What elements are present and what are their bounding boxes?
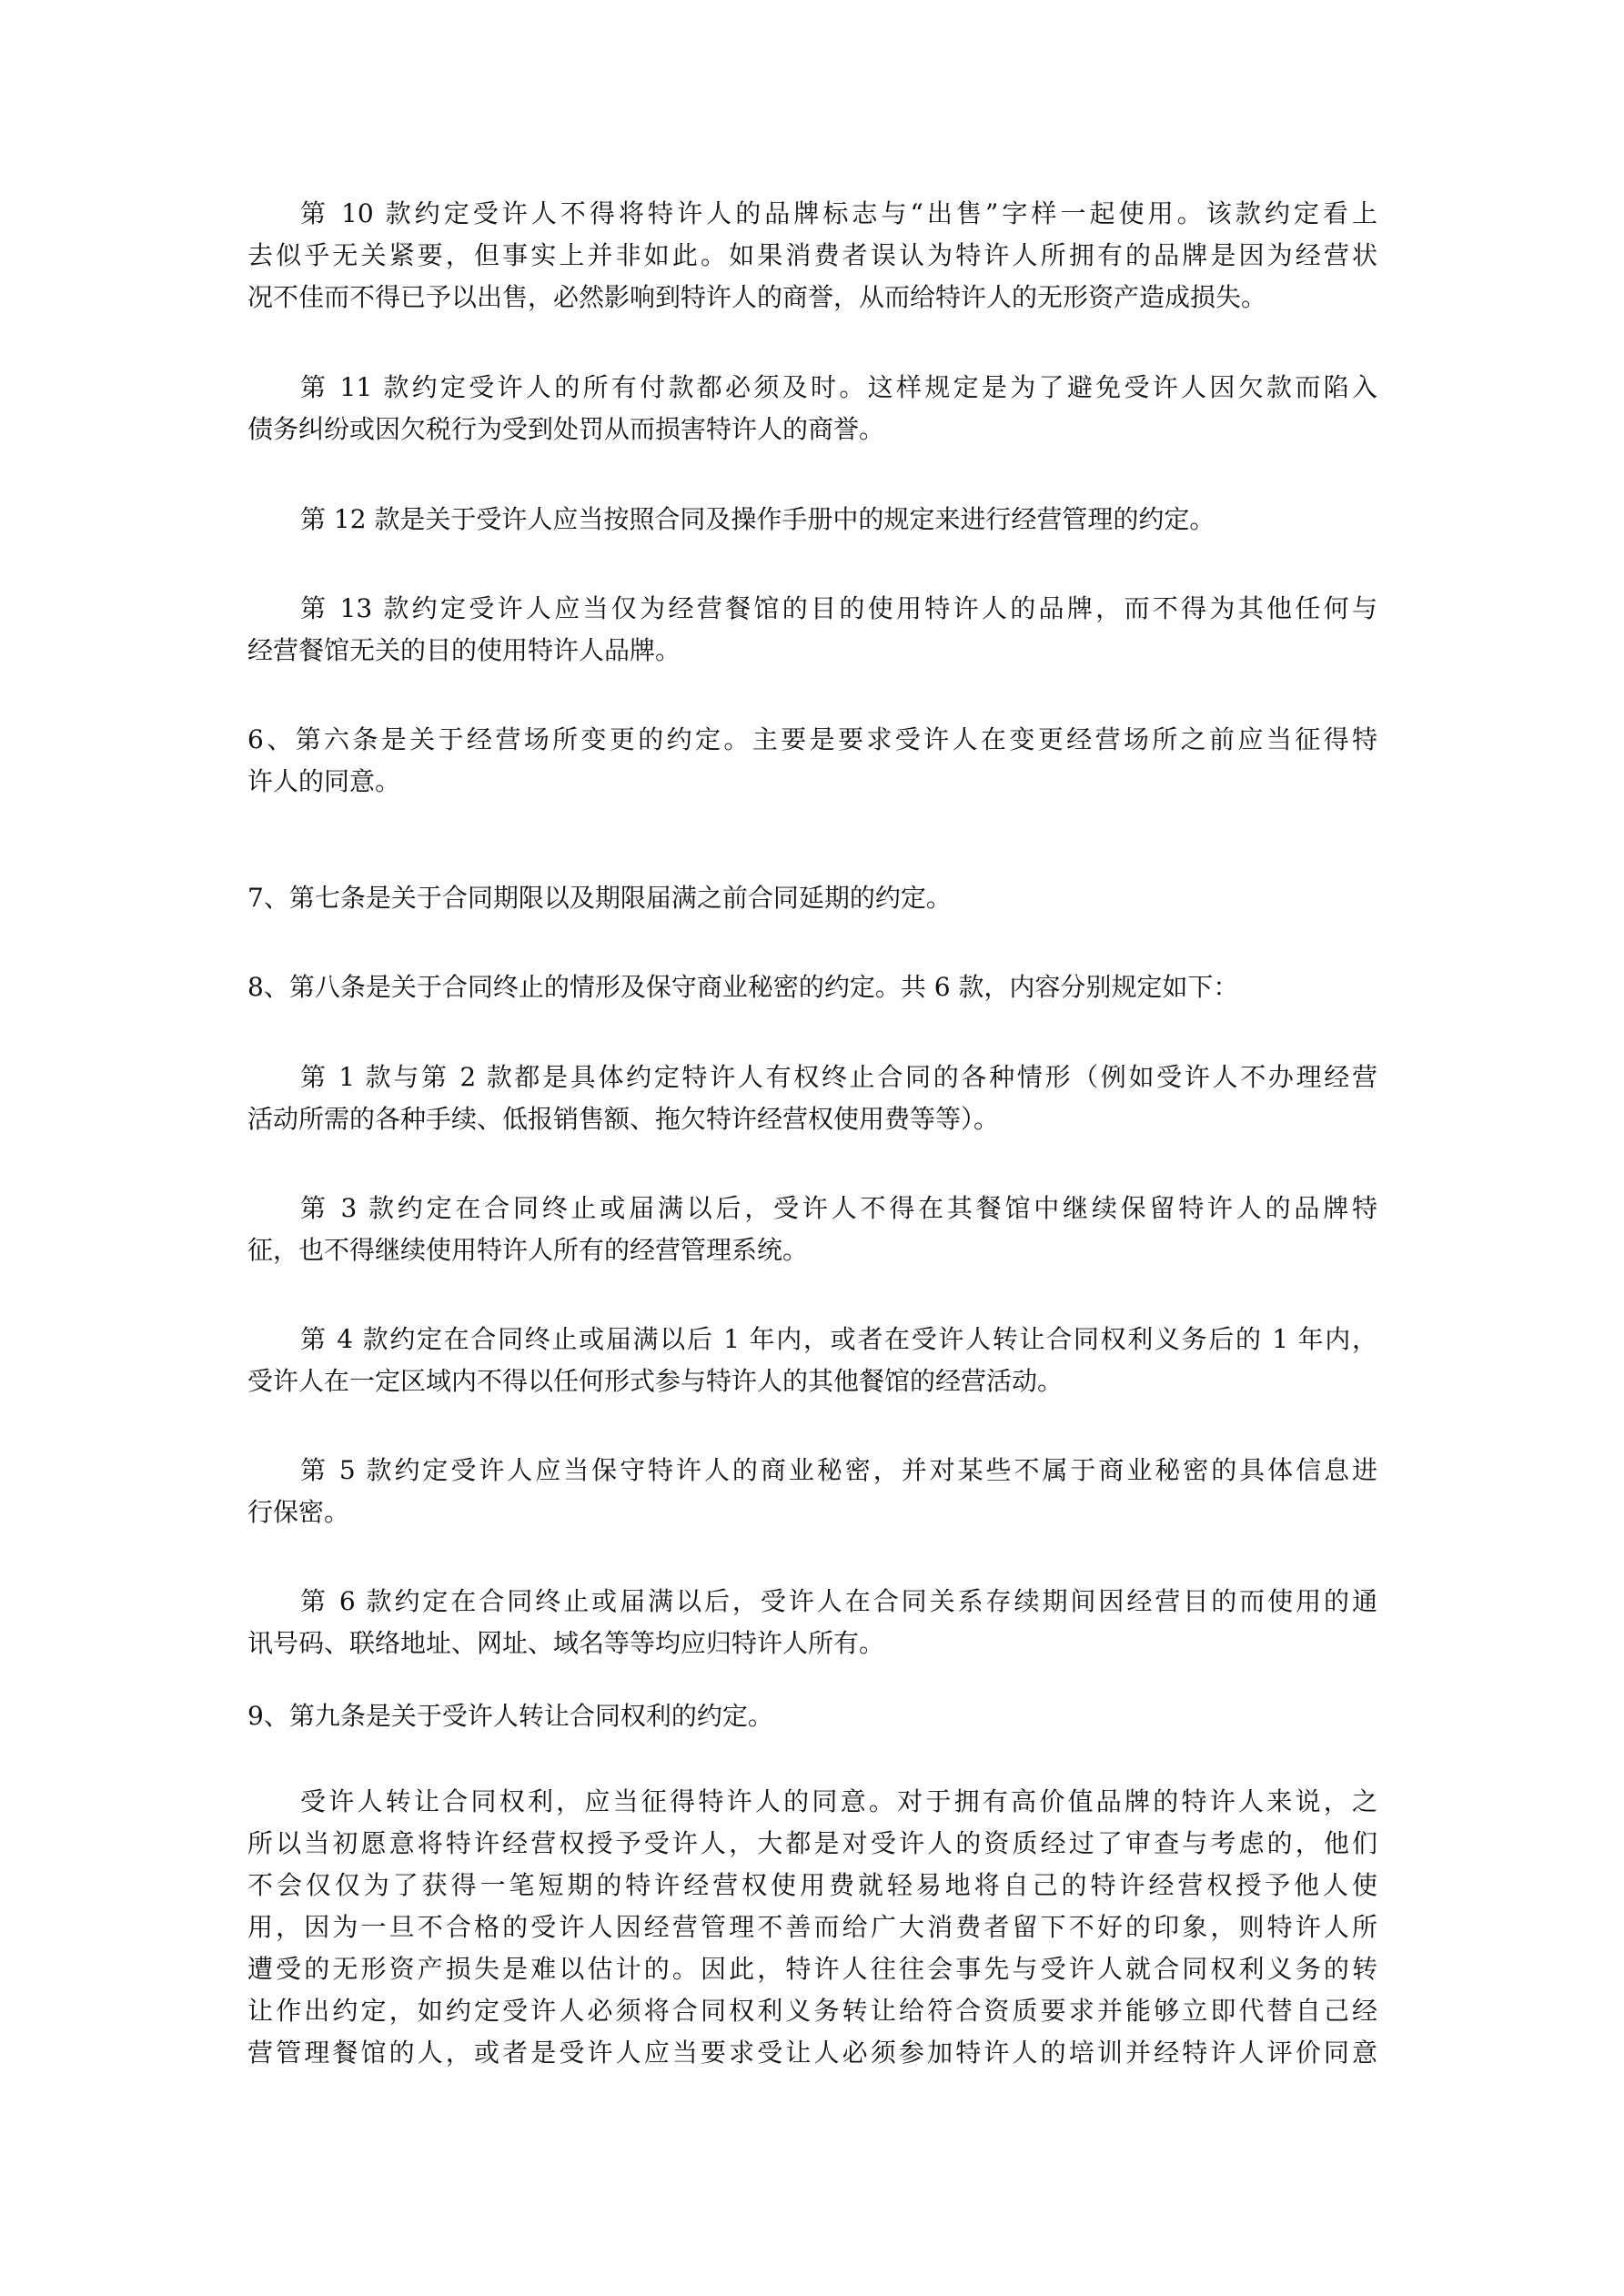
text-line: 营管理餐馆的人，或者是受许人应当要求受让人必须参加特许人的培训并经特许人评价同意 (247, 2038, 1377, 2068)
text-line: 受许人转让合同权利，应当征得特许人的同意。对于拥有高价值品牌的特许人来说，之 (300, 1786, 1377, 1817)
text-line: 第 5 款约定受许人应当保守特许人的商业秘密，并对某些不属于商业秘密的具体信息进 (300, 1455, 1377, 1486)
text-line: 用，因为一旦不合格的受许人因经营管理不善而给广大消费者留下不好的印象，则特许人所 (247, 1912, 1377, 1943)
text-line: 第 6 款约定在合同终止或届满以后，受许人在合同关系存续期间因经营目的而使用的通 (300, 1586, 1377, 1617)
text-line: 况不佳而不得已予以出售，必然影响到特许人的商誉，从而给特许人的无形资产造成损失。 (247, 282, 1377, 313)
text-line: 让作出约定，如约定受许人必须将合同权利义务转让给符合资质要求并能够立即代替自己经 (247, 1996, 1377, 2027)
text-line: 第 11 款约定受许人的所有付款都必须及时。这样规定是为了避免受许人因欠款而陷入 (300, 372, 1377, 403)
text-line: 债务纠纷或因欠税行为受到处罚从而损害特许人的商誉。 (247, 414, 1377, 445)
text-line: 遭受的无形资产损失是难以估计的。因此，特许人往往会事先与受许人就合同权利义务的转 (247, 1954, 1377, 1985)
text-line: 讯号码、联络地址、网址、域名等等均应归特许人所有。 (247, 1628, 1377, 1659)
text-line: 许人的同意。 (247, 766, 1377, 797)
document-page: 第 10 款约定受许人不得将特许人的品牌标志与“出售”字样一起使用。该款约定看上… (0, 0, 1624, 2296)
text-line: 所以当初愿意将特许经营权授予受许人，大都是对受许人的资质经过了审查与考虑的，他们 (247, 1828, 1377, 1859)
text-line: 第 13 款约定受许人应当仅为经营餐馆的目的使用特许人的品牌，而不得为其他任何与 (300, 593, 1377, 624)
text-line: 第 4 款约定在合同终止或届满以后 1 年内，或者在受许人转让合同权利义务后的 … (300, 1324, 1377, 1355)
text-line: 行保密。 (247, 1497, 1377, 1528)
text-line: 第 3 款约定在合同终止或届满以后，受许人不得在其餐馆中继续保留特许人的品牌特 (300, 1193, 1377, 1224)
text-line: 去似乎无关紧要，但事实上并非如此。如果消费者误认为特许人所拥有的品牌是因为经营状 (247, 240, 1377, 271)
text-line: 8、第八条是关于合同终止的情形及保守商业秘密的约定。共 6 款，内容分别规定如下… (247, 972, 1377, 1003)
text-line: 受许人在一定区域内不得以任何形式参与特许人的其他餐馆的经营活动。 (247, 1366, 1377, 1397)
text-line: 征，也不得继续使用特许人所有的经营管理系统。 (247, 1235, 1377, 1266)
text-line: 经营餐馆无关的目的使用特许人品牌。 (247, 635, 1377, 666)
text-line: 6、第六条是关于经营场所变更的约定。主要是要求受许人在变更经营场所之前应当征得特 (247, 724, 1377, 755)
text-line: 第 1 款与第 2 款都是具体约定特许人有权终止合同的各种情形（例如受许人不办理… (300, 1062, 1377, 1093)
text-line: 第 10 款约定受许人不得将特许人的品牌标志与“出售”字样一起使用。该款约定看上 (300, 198, 1377, 229)
text-line: 第 12 款是关于受许人应当按照合同及操作手册中的规定来进行经营管理的约定。 (300, 504, 1377, 535)
text-line: 9、第九条是关于受许人转让合同权利的约定。 (247, 1701, 1377, 1732)
text-line: 活动所需的各种手续、低报销售额、拖欠特许经营权使用费等等）。 (247, 1104, 1377, 1135)
text-line: 7、第七条是关于合同期限以及期限届满之前合同延期的约定。 (247, 883, 1377, 914)
text-line: 不会仅仅为了获得一笔短期的特许经营权使用费就轻易地将自己的特许经营权授予他人使 (247, 1870, 1377, 1901)
